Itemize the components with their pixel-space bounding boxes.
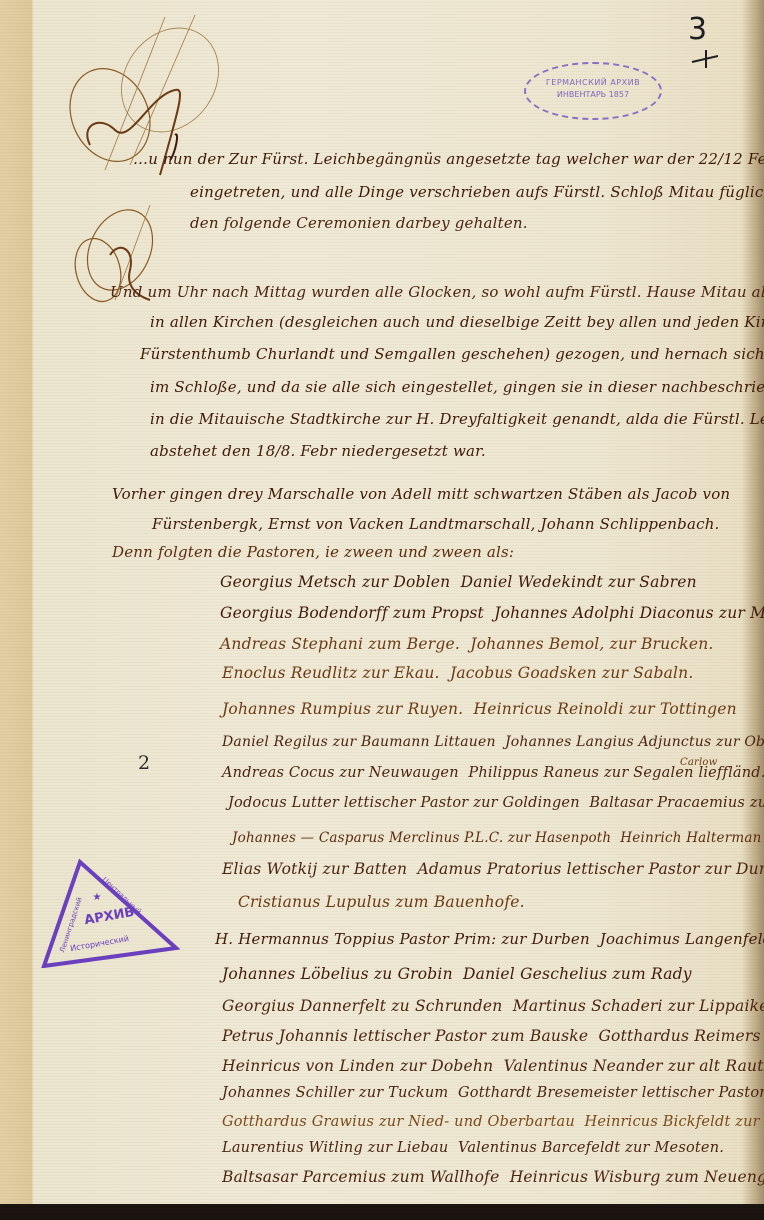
folio-underline-mark bbox=[690, 50, 718, 68]
text-line: Und um Uhr nach Mittag wurden alle Glock… bbox=[110, 283, 764, 301]
list-item: Johannes Schiller zur Tuckum Gotthardt B… bbox=[222, 1085, 764, 1101]
list-item: Georgius Bodendorff zum Propst Johannes … bbox=[220, 604, 764, 622]
pastor-right: Johannes Langius Adjunctus zur Oberland … bbox=[505, 734, 764, 750]
pastor-left: Jodocus Lutter lettischer Pastor zur Gol… bbox=[228, 795, 580, 811]
pastor-left: Johannes — Casparus Merclinus P.L.C. zur… bbox=[232, 830, 611, 846]
pastor-left: Daniel Regilus zur Baumann Littauen bbox=[222, 734, 496, 750]
pastor-left: Baltsasar Parcemius zum Wallhofe bbox=[222, 1168, 499, 1186]
pastor-right: Philippus Raneus zur Segalen lieffländ. bbox=[468, 765, 764, 781]
stamp-oval-line2: ИНВЕНТАРЬ 1857 bbox=[526, 89, 660, 101]
pastor-left: Heinricus von Linden zur Dobehn bbox=[222, 1057, 493, 1075]
pastor-right: Johannes Adolphi Diaconus zur Mitau. bbox=[494, 604, 764, 622]
marginal-number: 2 bbox=[138, 752, 150, 774]
list-item: Cristianus Lupulus zum Bauenhofe. bbox=[238, 893, 525, 911]
text-line: Vorher gingen drey Marschalle von Adell … bbox=[112, 485, 730, 503]
list-item: H. Hermannus Toppius Pastor Prim: zur Du… bbox=[215, 930, 764, 948]
list-item: Heinricus von Linden zur Dobehn Valentin… bbox=[222, 1057, 764, 1075]
text-line: Fürstenbergk, Ernst von Vacken Landtmars… bbox=[152, 515, 720, 533]
pastor-left: Laurentius Witling zur Liebau bbox=[222, 1140, 448, 1156]
list-item: Johannes — Casparus Merclinus P.L.C. zur… bbox=[232, 830, 764, 846]
text-line: den folgende Ceremonien darbey gehalten. bbox=[190, 214, 528, 232]
pastor-right: Heinricus Wisburg zum Neuenguth bbox=[510, 1168, 764, 1186]
pastor-right: Daniel Wedekindt zur Sabren bbox=[461, 573, 697, 591]
list-item: Enoclus Reudlitz zur Ekau. Jacobus Goads… bbox=[222, 664, 693, 682]
archive-triangle-stamp: АРХИВ Исторический Ленинградский Централ… bbox=[40, 858, 180, 968]
pastor-right: Heinrich Halterman zur Frauenburg bbox=[620, 830, 764, 846]
text-line: abstehet den 18/8. Febr niedergesetzt wa… bbox=[150, 442, 486, 460]
pastor-right: Heinricus Reinoldi zur Tottingen bbox=[474, 700, 737, 718]
text-line: in allen Kirchen (desgleichen auch und d… bbox=[150, 313, 764, 331]
pastor-right: Johannes Bemol, zur Brucken. bbox=[470, 635, 713, 653]
folio-number: 3 bbox=[688, 12, 707, 47]
pastor-right: Heinricus Bickfeldt zur Dorgen. bbox=[585, 1114, 764, 1130]
pastor-left: Elias Wotkij zur Batten bbox=[222, 860, 407, 878]
text-line: in die Mitauische Stadtkirche zur H. Dre… bbox=[150, 410, 764, 428]
pastor-left: Johannes Schiller zur Tuckum bbox=[222, 1085, 448, 1101]
pastor-left: Andreas Cocus zur Neuwaugen bbox=[222, 765, 459, 781]
pastor-left: Andreas Stephani zum Berge. bbox=[220, 635, 460, 653]
list-item: Gotthardus Grawius zur Nied- und Oberbar… bbox=[222, 1114, 764, 1130]
text-line: Fürstenthumb Churlandt und Semgallen ges… bbox=[140, 345, 764, 363]
pastor-right: Valentinus Neander zur alt Rautzen. bbox=[504, 1057, 764, 1075]
pastor-left: Georgius Bodendorff zum Propst bbox=[220, 604, 484, 622]
marginal-note: Carlow bbox=[680, 757, 717, 768]
list-item: Petrus Johannis lettischer Pastor zum Ba… bbox=[222, 1027, 764, 1045]
pastor-left: Johannes Löbelius zu Grobin bbox=[222, 965, 453, 983]
list-item: Elias Wotkij zur Batten Adamus Pratorius… bbox=[222, 860, 764, 878]
pastor-left: H. Hermannus Toppius Pastor Prim: zur Du… bbox=[215, 930, 590, 948]
pastor-left: Petrus Johannis lettischer Pastor zum Ba… bbox=[222, 1027, 588, 1045]
pastor-left: Cristianus Lupulus zum Bauenhofe. bbox=[238, 893, 525, 911]
page-bottom-edge bbox=[0, 1204, 764, 1212]
list-item: Laurentius Witling zur Liebau Valentinus… bbox=[222, 1140, 724, 1156]
list-item: Jodocus Lutter lettischer Pastor zur Gol… bbox=[228, 795, 764, 811]
svg-text:Исторический: Исторический bbox=[69, 934, 129, 953]
pastor-right: Gotthardt Bresemeister lettischer Pastor… bbox=[458, 1085, 764, 1101]
archive-oval-stamp: ГЕРМАНСКИЙ АРХИВ ИНВЕНТАРЬ 1857 bbox=[524, 62, 662, 120]
stamp-oval-line1: ГЕРМАНСКИЙ АРХИВ bbox=[526, 77, 660, 89]
pastor-left: Georgius Metsch zur Doblen bbox=[220, 573, 450, 591]
text-line: eingetreten, und alle Dinge verschrieben… bbox=[190, 183, 764, 201]
pastor-right: Joachimus Langenfeld zu Barbahl bbox=[600, 930, 764, 948]
pastor-left: Johannes Rumpius zur Ruyen. bbox=[222, 700, 463, 718]
pastor-left: Georgius Dannerfelt zu Schrunden bbox=[222, 997, 503, 1015]
pastor-right: Martinus Schaderi zur Lippaiken. bbox=[513, 997, 764, 1015]
list-item: Johannes Rumpius zur Ruyen. Heinricus Re… bbox=[222, 700, 737, 718]
list-item: Daniel Regilus zur Baumann Littauen Joha… bbox=[222, 734, 764, 750]
pastor-right: Jacobus Goadsken zur Sabaln. bbox=[450, 664, 694, 682]
list-item: Baltsasar Parcemius zum Wallhofe Heinric… bbox=[222, 1168, 764, 1186]
pastor-right: Valentinus Barcefeldt zur Mesoten. bbox=[458, 1140, 724, 1156]
text-line: …u nun der Zur Fürst. Leichbegängnüs ang… bbox=[133, 150, 764, 168]
manuscript-page: 3 ГЕРМАНСКИЙ АРХИВ ИНВЕНТАРЬ 1857 …u nun… bbox=[0, 0, 764, 1212]
pastor-left: Enoclus Reudlitz zur Ekau. bbox=[222, 664, 440, 682]
list-item: Johannes Löbelius zu Grobin Daniel Gesch… bbox=[222, 965, 692, 983]
pastor-right: Gotthardus Reimers zur Sallgaln. bbox=[598, 1027, 764, 1045]
pastor-right: Adamus Pratorius lettischer Pastor zur D… bbox=[417, 860, 764, 878]
text-line: im Schloße, und da sie alle sich eingest… bbox=[150, 378, 764, 396]
pastor-left: Gotthardus Grawius zur Nied- und Oberbar… bbox=[222, 1114, 575, 1130]
list-item: Georgius Metsch zur Doblen Daniel Wedeki… bbox=[220, 573, 697, 591]
pastor-right: Baltasar Pracaemius zur Windaw bbox=[589, 795, 764, 811]
text-line: Denn folgten die Pastoren, ie zween und … bbox=[112, 543, 514, 561]
list-item: Andreas Stephani zum Berge. Johannes Bem… bbox=[220, 635, 714, 653]
list-item: Georgius Dannerfelt zu Schrunden Martinu… bbox=[222, 997, 764, 1015]
svg-text:АРХИВ: АРХИВ bbox=[83, 905, 135, 929]
svg-text:★: ★ bbox=[93, 892, 102, 903]
pastor-right: Daniel Geschelius zum Rady bbox=[463, 965, 692, 983]
